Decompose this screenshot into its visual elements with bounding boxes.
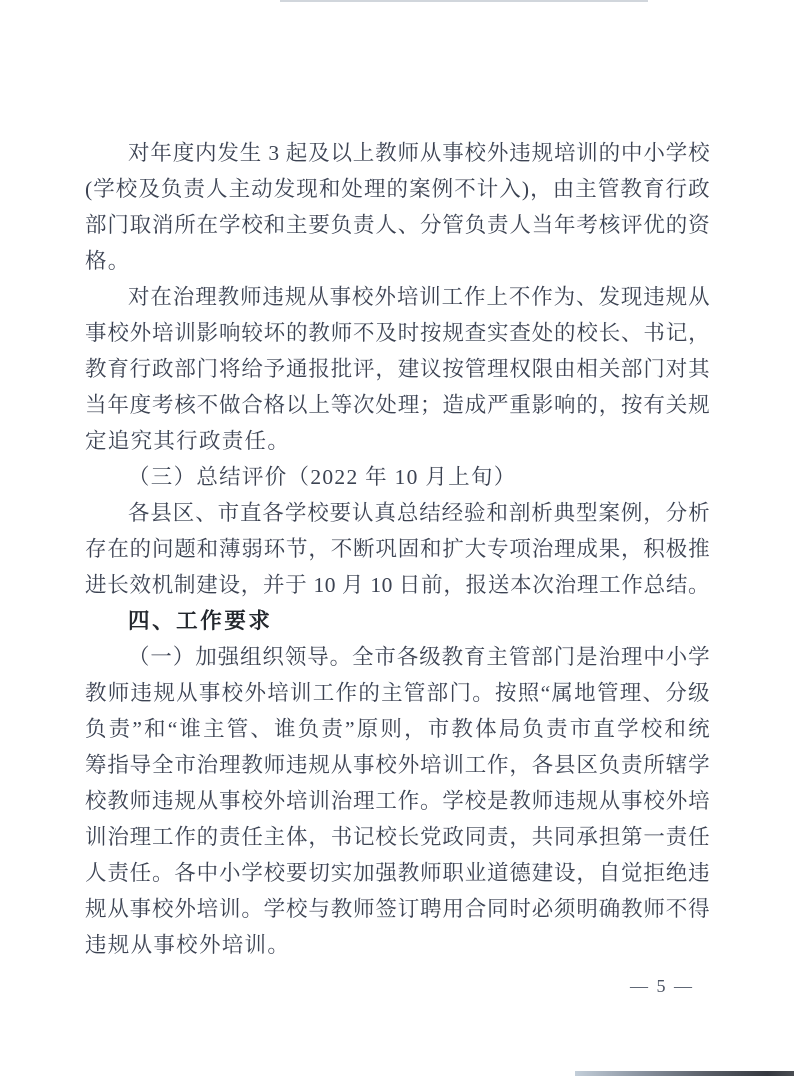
- text-line: 训治理工作的责任主体，书记校长党政同责，共同承担第一责任: [85, 819, 710, 855]
- text-line: 进长效机制建设，并于 10 月 10 日前，报送本次治理工作总结。: [85, 567, 710, 603]
- text-line: 当年度考核不做合格以上等次处理；造成严重影响的，按有关规: [85, 387, 710, 423]
- text-line: 定追究其行政责任。: [85, 423, 710, 459]
- text-line: (学校及负责人主动发现和处理的案例不计入)，由主管教育行政: [85, 171, 710, 207]
- document-body: 对年度内发生 3 起及以上教师从事校外违规培训的中小学校(学校及负责人主动发现和…: [85, 135, 710, 963]
- text-line: 负责”和“谁主管、谁负责”原则，市教体局负责市直学校和统: [85, 711, 710, 747]
- text-line: 部门取消所在学校和主要负责人、分管负责人当年考核评优的资: [85, 207, 710, 243]
- text-line: （三）总结评价（2022 年 10 月上旬）: [85, 459, 710, 495]
- text-line: 校教师违规从事校外培训治理工作。学校是教师违规从事校外培: [85, 783, 710, 819]
- text-line: 各县区、市直各学校要认真总结经验和剖析典型案例，分析: [85, 495, 710, 531]
- text-line: 人责任。各中小学校要切实加强教师职业道德建设，自觉拒绝违: [85, 855, 710, 891]
- scan-edge-bottom-bar: [575, 1071, 794, 1076]
- text-line: 筹指导全市治理教师违规从事校外培训工作，各县区负责所辖学: [85, 747, 710, 783]
- text-line: （一）加强组织领导。全市各级教育主管部门是治理中小学: [85, 639, 710, 675]
- text-line: 教师违规从事校外培训工作的主管部门。按照“属地管理、分级: [85, 675, 710, 711]
- text-line: 四、工作要求: [85, 603, 710, 639]
- scan-edge-top-line: [280, 0, 648, 2]
- text-line: 对年度内发生 3 起及以上教师从事校外违规培训的中小学校: [85, 135, 710, 171]
- text-line: 存在的问题和薄弱环节，不断巩固和扩大专项治理成果，积极推: [85, 531, 710, 567]
- text-line: 规从事校外培训。学校与教师签订聘用合同时必须明确教师不得: [85, 891, 710, 927]
- text-line: 事校外培训影响较坏的教师不及时按规查实查处的校长、书记，: [85, 315, 710, 351]
- document-page: 对年度内发生 3 起及以上教师从事校外违规培训的中小学校(学校及负责人主动发现和…: [0, 0, 794, 1079]
- page-number: — 5 —: [626, 974, 698, 998]
- text-line: 教育行政部门将给予通报批评，建议按管理权限由相关部门对其: [85, 351, 710, 387]
- text-line: 格。: [85, 243, 710, 279]
- text-line: 违规从事校外培训。: [85, 927, 710, 963]
- text-line: 对在治理教师违规从事校外培训工作上不作为、发现违规从: [85, 279, 710, 315]
